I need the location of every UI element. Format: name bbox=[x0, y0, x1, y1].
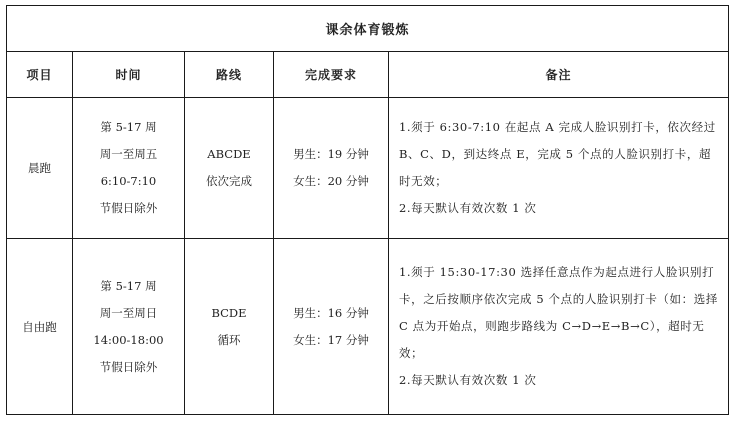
time-days: 周一至周日 bbox=[73, 300, 184, 327]
requirement-female: 女生：20 分钟 bbox=[274, 168, 388, 195]
cell-time: 第 5-17 周 周一至周日 14:00-18:00 节假日除外 bbox=[73, 239, 185, 415]
header-requirement: 完成要求 bbox=[274, 52, 389, 98]
requirement-male: 男生：19 分钟 bbox=[274, 141, 388, 168]
route-points: ABCDE bbox=[185, 141, 273, 168]
note-1: 1.须于 6:30-7:10 在起点 A 完成人脸识别打卡，依次经过 B、C、D… bbox=[399, 114, 720, 195]
requirement-female: 女生：17 分钟 bbox=[274, 327, 388, 354]
table-row-free-run: 自由跑 第 5-17 周 周一至周日 14:00-18:00 节假日除外 BCD… bbox=[7, 239, 729, 415]
time-exception: 节假日除外 bbox=[73, 354, 184, 381]
header-row: 项目 时间 路线 完成要求 备注 bbox=[7, 52, 729, 98]
time-weeks: 第 5-17 周 bbox=[73, 273, 184, 300]
route-points: BCDE bbox=[185, 300, 273, 327]
requirement-male: 男生：16 分钟 bbox=[274, 300, 388, 327]
time-hours: 6:10-7:10 bbox=[73, 168, 184, 195]
cell-route: BCDE 循环 bbox=[185, 239, 274, 415]
exercise-schedule-table: 课余体育锻炼 项目 时间 路线 完成要求 备注 晨跑 第 5-17 周 周一至周… bbox=[6, 5, 729, 415]
route-mode: 循环 bbox=[185, 327, 273, 354]
cell-route: ABCDE 依次完成 bbox=[185, 98, 274, 239]
route-mode: 依次完成 bbox=[185, 168, 273, 195]
cell-notes: 1.须于 6:30-7:10 在起点 A 完成人脸识别打卡，依次经过 B、C、D… bbox=[389, 98, 729, 239]
header-route: 路线 bbox=[185, 52, 274, 98]
cell-requirement: 男生：16 分钟 女生：17 分钟 bbox=[274, 239, 389, 415]
table-row-morning-run: 晨跑 第 5-17 周 周一至周五 6:10-7:10 节假日除外 ABCDE … bbox=[7, 98, 729, 239]
cell-notes: 1.须于 15:30-17:30 选择任意点作为起点进行人脸识别打卡，之后按顺序… bbox=[389, 239, 729, 415]
header-project: 项目 bbox=[7, 52, 73, 98]
header-notes: 备注 bbox=[389, 52, 729, 98]
time-weeks: 第 5-17 周 bbox=[73, 114, 184, 141]
header-time: 时间 bbox=[73, 52, 185, 98]
table-title: 课余体育锻炼 bbox=[7, 6, 729, 52]
time-days: 周一至周五 bbox=[73, 141, 184, 168]
time-exception: 节假日除外 bbox=[73, 195, 184, 222]
cell-time: 第 5-17 周 周一至周五 6:10-7:10 节假日除外 bbox=[73, 98, 185, 239]
time-hours: 14:00-18:00 bbox=[73, 327, 184, 354]
cell-project: 自由跑 bbox=[7, 239, 73, 415]
note-2: 2.每天默认有效次数 1 次 bbox=[399, 195, 720, 222]
cell-project: 晨跑 bbox=[7, 98, 73, 239]
note-2: 2.每天默认有效次数 1 次 bbox=[399, 367, 720, 394]
note-1: 1.须于 15:30-17:30 选择任意点作为起点进行人脸识别打卡，之后按顺序… bbox=[399, 259, 720, 367]
cell-requirement: 男生：19 分钟 女生：20 分钟 bbox=[274, 98, 389, 239]
